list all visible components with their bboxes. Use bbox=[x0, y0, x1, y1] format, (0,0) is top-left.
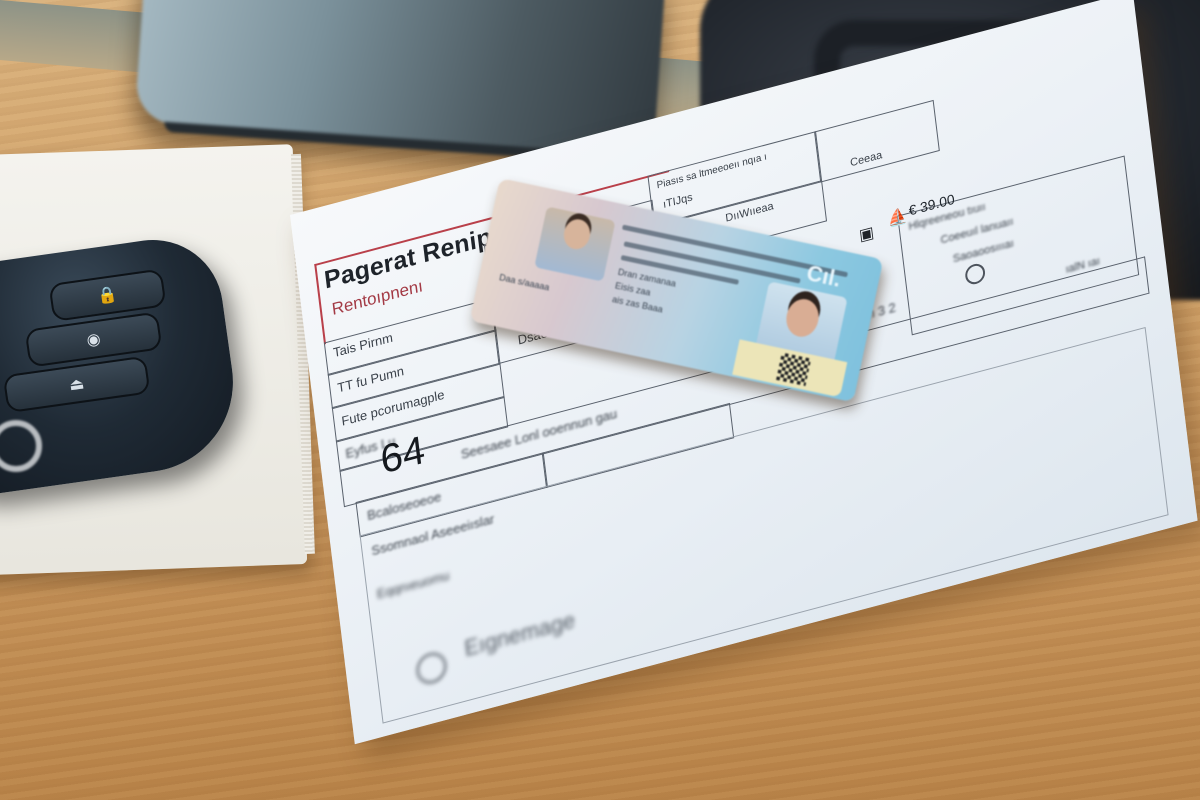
lock-glyph: 🔒 bbox=[96, 284, 119, 307]
trunk-icon: ⏏ bbox=[3, 356, 151, 414]
id-photo-small bbox=[534, 206, 615, 281]
card-text: Daa s/aaaaa bbox=[498, 272, 550, 292]
desk-scene: 🔒 ◉ ⏏ Pagerat Renipırnen Rentoıpnenı Tai… bbox=[0, 0, 1200, 800]
laptop bbox=[134, 0, 665, 158]
trunk-glyph: ⏏ bbox=[68, 373, 86, 395]
card-text: ais zas Baaa bbox=[611, 294, 663, 314]
unlock-glyph: ◉ bbox=[85, 329, 102, 351]
card-logo: Cıl. bbox=[804, 260, 843, 293]
id-stamp-icon: ▣ bbox=[858, 222, 875, 246]
field-box bbox=[814, 100, 940, 183]
